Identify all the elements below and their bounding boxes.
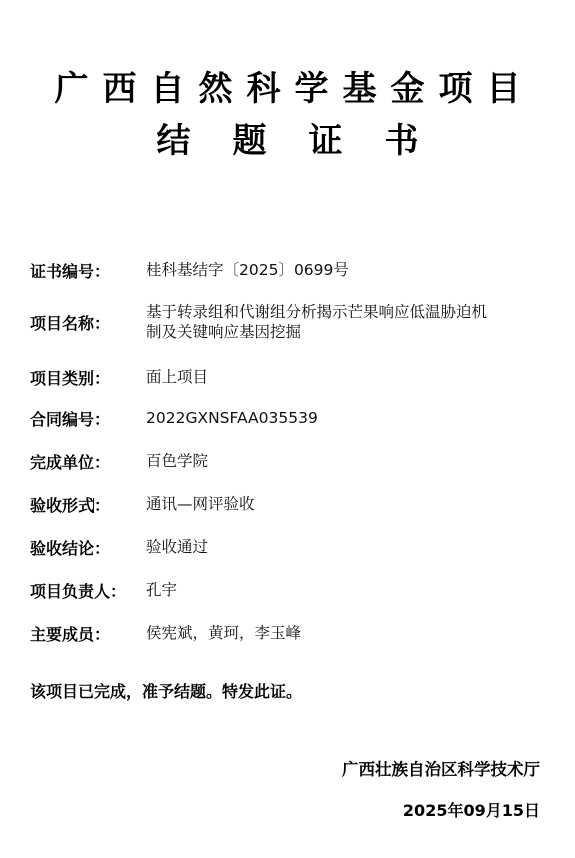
field-value: 通讯—网评验收 [146,494,255,514]
field-acceptance-conclusion: 验收结论： 验收通过 [30,535,550,559]
title-char: 西 [96,67,144,111]
field-label-colon: ： [94,496,110,515]
field-value: 基于转录组和代谢组分析揭示芒果响应低温胁迫机 制及关键响应基因挖掘 [146,302,487,342]
field-value-line-2: 制及关键响应基因挖掘 [146,322,487,342]
issue-date: 2025年09月15日 [403,798,540,821]
title-char: 然 [192,67,240,111]
title-char: 题 [212,119,288,163]
field-label: 完成单位： [30,450,146,473]
field-label: 项目类别： [30,366,146,389]
certificate-title-line-1: 广 西 自 然 科 学 基 金 项 目 [0,67,575,111]
field-label: 主要成员： [30,622,146,645]
title-char: 基 [336,67,384,111]
field-label: 合同编号： [30,407,146,430]
title-char: 学 [288,67,336,111]
field-label: 项目名称： [30,311,146,334]
issuing-authority: 广西壮族自治区科学技术厅 [342,756,540,780]
certificate-title-line-2: 结 题 证 书 [0,119,575,163]
title-char: 证 [288,119,364,163]
field-main-members: 主要成员： 侯宪斌，黄珂，李玉峰 [30,621,550,645]
field-value: 百色学院 [146,451,208,471]
field-value: 孔宇 [146,580,177,600]
title-char: 金 [384,67,432,111]
title-char: 项 [432,67,480,111]
title-char: 结 [136,119,212,163]
title-char: 书 [364,119,440,163]
title-char: 科 [240,67,288,111]
field-value: 2022GXNSFAA035539 [146,408,318,428]
field-value: 验收通过 [146,537,208,557]
field-acceptance-form: 验收形式： 通讯—网评验收 [30,492,550,516]
field-certificate-number: 证书编号： 桂科基结字〔2025〕0699号 [30,258,550,282]
field-project-name: 项目名称： 基于转录组和代谢组分析揭示芒果响应低温胁迫机 制及关键响应基因挖掘 [30,301,550,343]
field-contract-number: 合同编号： 2022GXNSFAA035539 [30,406,550,430]
field-label: 验收形式： [30,493,146,516]
field-label: 验收结论： [30,536,146,559]
title-char: 广 [48,67,96,111]
field-label: 证书编号： [30,259,146,282]
field-value: 桂科基结字〔2025〕0699号 [146,260,349,280]
field-value: 面上项目 [146,367,208,387]
title-char: 目 [480,67,528,111]
field-label: 项目负责人： [30,579,146,602]
certification-statement: 该项目已完成，准予结题。特发此证。 [30,679,302,702]
field-project-category: 项目类别： 面上项目 [30,365,550,389]
field-project-leader: 项目负责人： 孔宇 [30,578,550,602]
field-value-line-1: 基于转录组和代谢组分析揭示芒果响应低温胁迫机 [146,302,487,322]
field-completing-unit: 完成单位： 百色学院 [30,449,550,473]
field-value: 侯宪斌，黄珂，李玉峰 [146,623,301,643]
title-char: 自 [144,67,192,111]
field-label-text: 验收形式 [30,496,94,515]
